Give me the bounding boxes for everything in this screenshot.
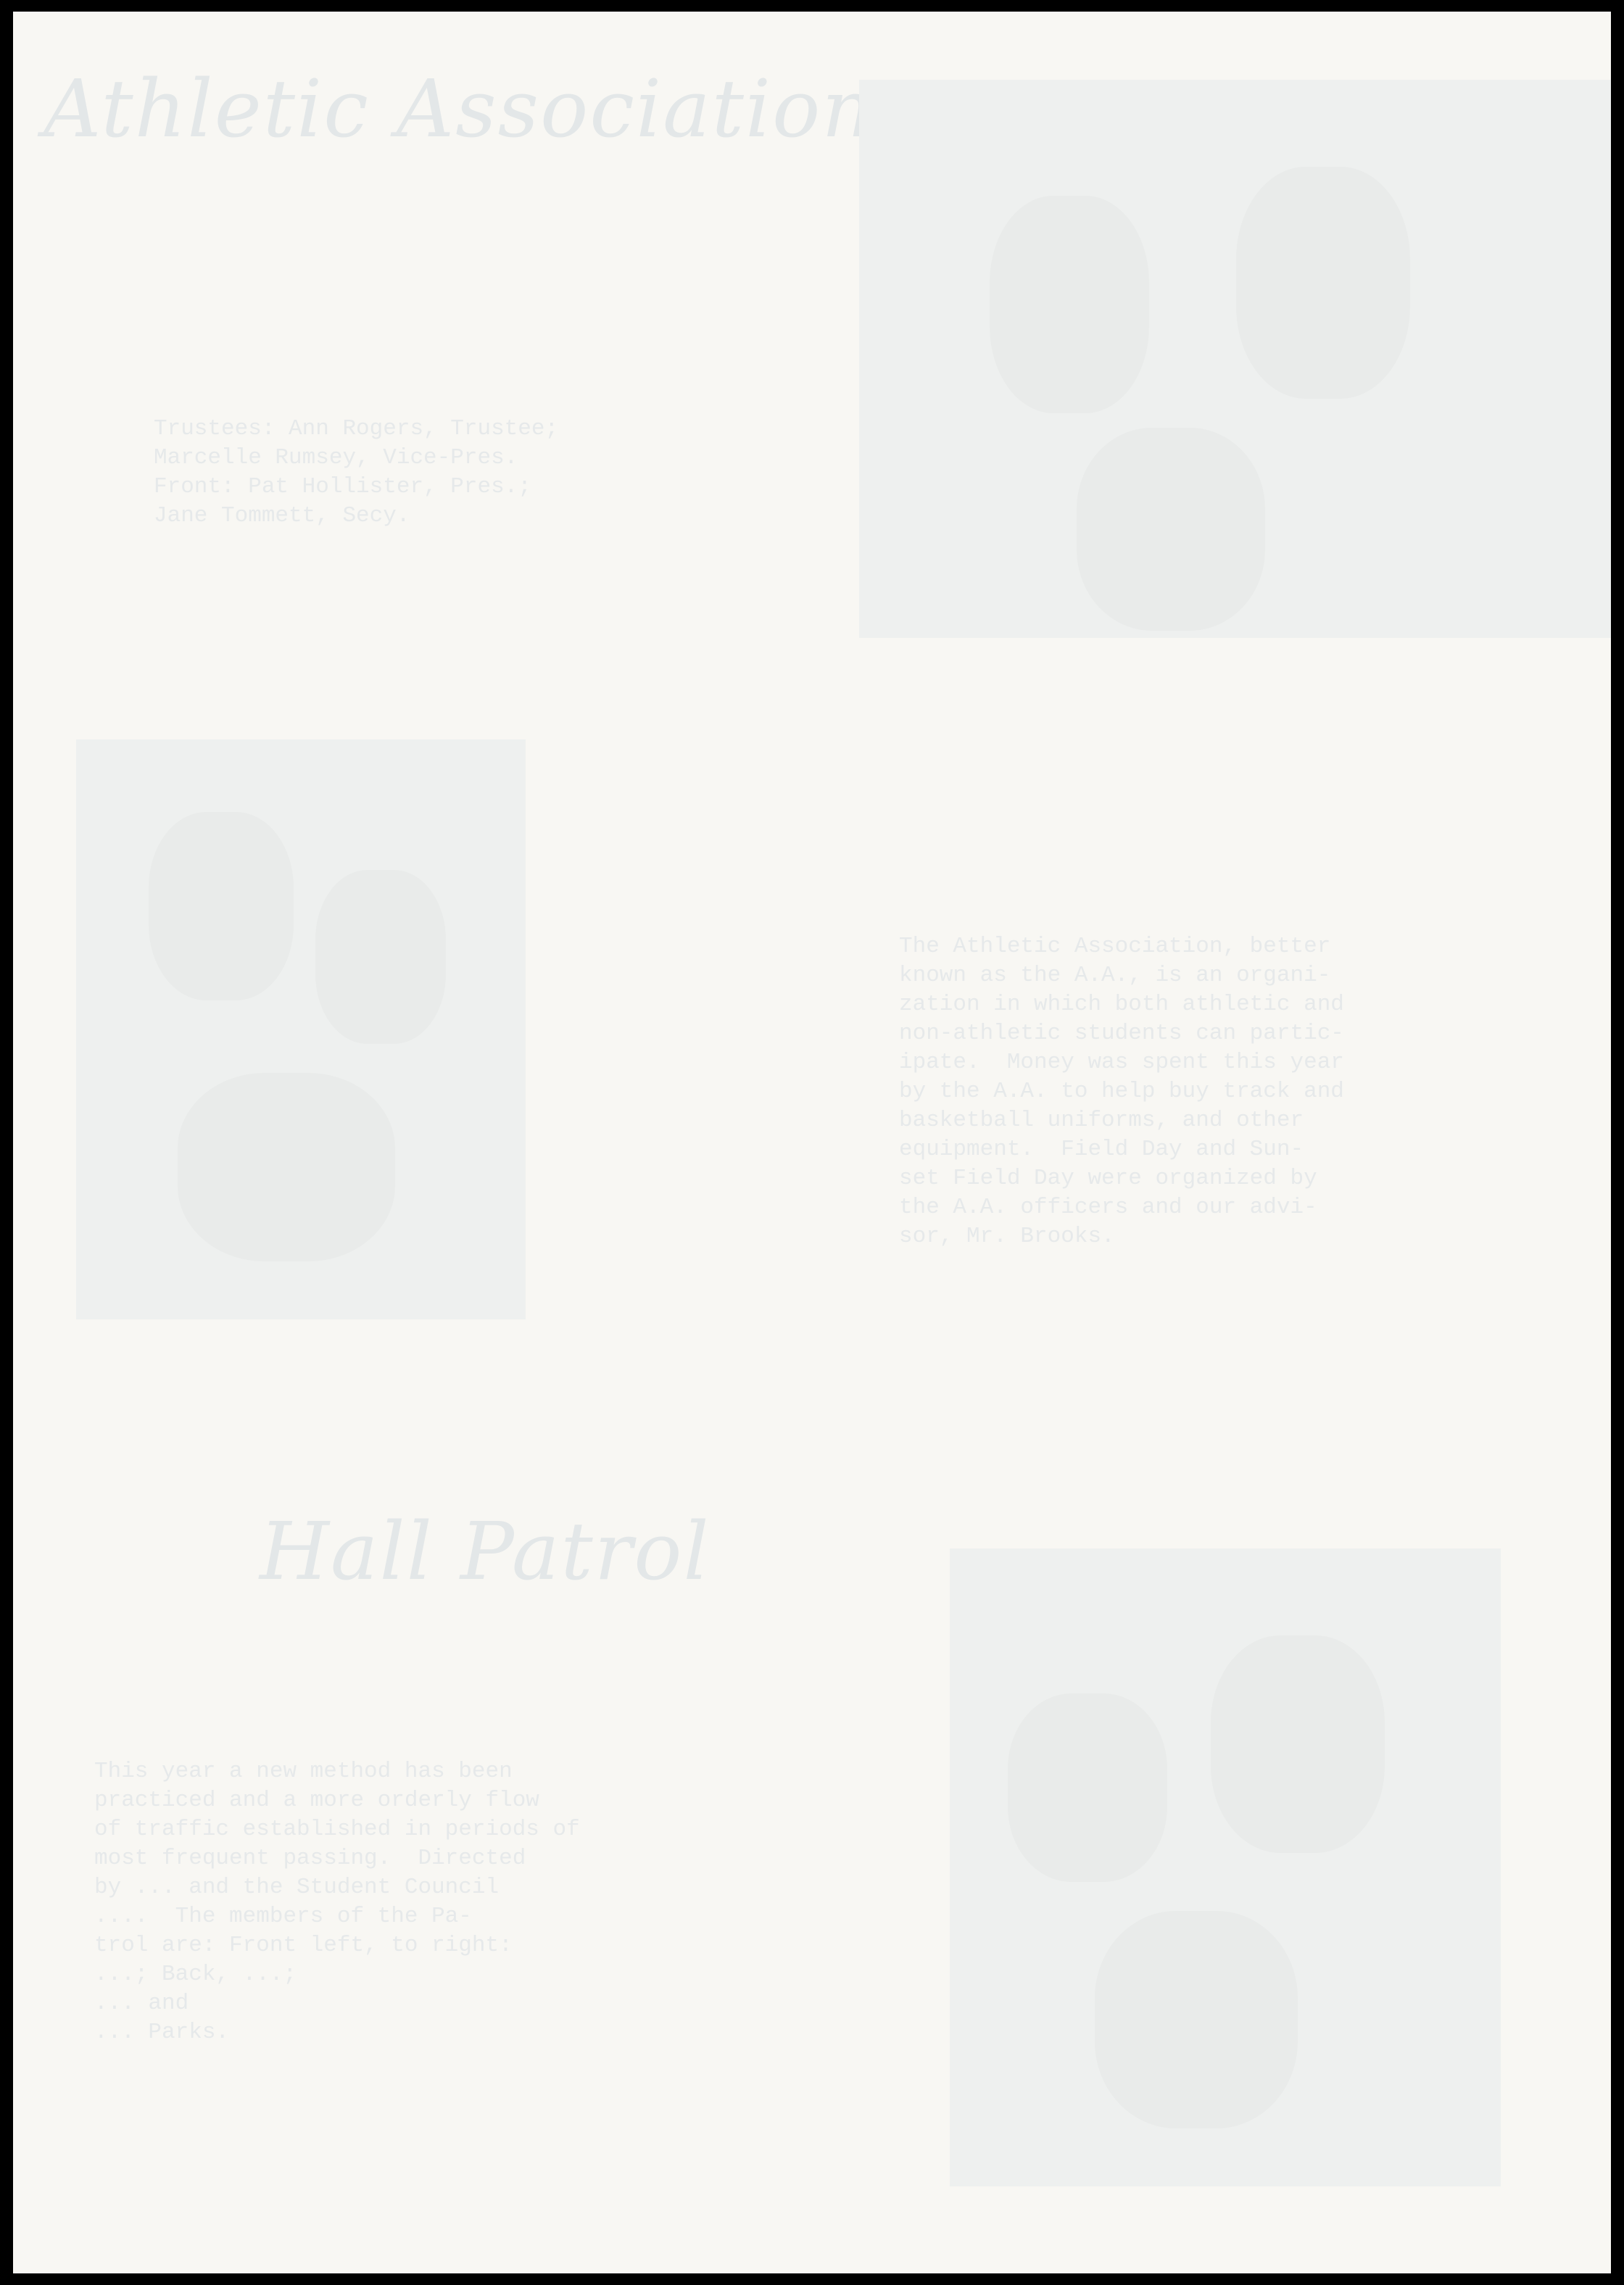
- athletic-association-description: The Athletic Association, better known a…: [899, 932, 1435, 1251]
- photo-figure: [315, 870, 446, 1044]
- photo-figure: [990, 196, 1149, 413]
- photo-figure: [1008, 1693, 1167, 1882]
- hall-patrol-description: This year a new method has been practice…: [94, 1757, 674, 2047]
- athletic-group-photo: [76, 739, 526, 1319]
- hall-patrol-photo: [950, 1548, 1501, 2186]
- athletic-association-caption: Trustees: Ann Rogers, Trustee; Marcelle …: [154, 415, 734, 531]
- photo-figure: [1095, 1911, 1298, 2128]
- photo-figure: [1236, 167, 1410, 399]
- athletic-association-heading: Athletic Association: [43, 62, 874, 155]
- photo-figure: [1211, 1635, 1385, 1853]
- athletic-association-officers-photo: [859, 80, 1611, 638]
- hall-patrol-heading: Hall Patrol: [260, 1505, 710, 1598]
- photo-figure: [178, 1073, 395, 1261]
- photo-figure: [149, 812, 294, 1000]
- yearbook-page: Athletic Association Trustees: Ann Roger…: [13, 12, 1611, 2273]
- photo-figure: [1077, 428, 1265, 631]
